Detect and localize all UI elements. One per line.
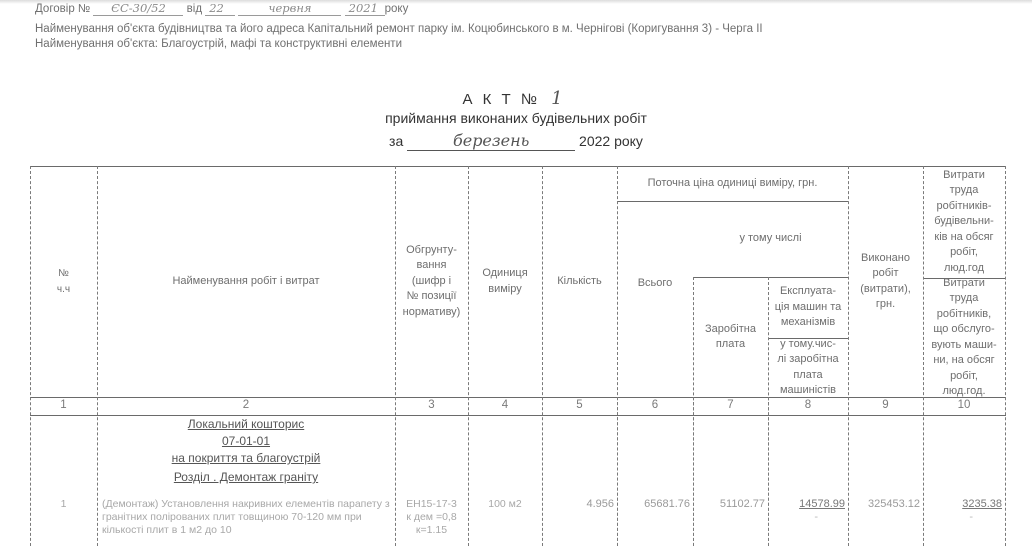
from-label: від: [187, 3, 202, 15]
header-price-group: Поточна ціна одиниці виміру, грн.: [617, 166, 848, 201]
column-number: 10: [923, 397, 1005, 415]
column-number: 5: [542, 397, 617, 415]
header-unit: Одиниця виміру: [468, 166, 542, 397]
column-number: 2: [97, 397, 395, 415]
act-subtitle: приймання виконаних будівельних робіт: [0, 110, 1032, 126]
col-border-10: [1005, 166, 1006, 548]
row-total: 65681.76: [617, 498, 690, 510]
column-number: 7: [693, 397, 768, 415]
header-wage: Заробітна плата: [693, 277, 768, 397]
column-number: 8: [768, 397, 848, 415]
works-table: № ч.ч Найменування робіт і витрат Обгрун…: [30, 166, 1006, 548]
row-code: ЕН15-17-3 к дем =0,8 к=1.15: [395, 498, 468, 537]
row-number: 1: [30, 498, 97, 511]
section-heading: Локальний кошторис 07-01-01 на покриття …: [97, 416, 395, 486]
header-justification: Обгрунту- вання (шифр і № позиції нормат…: [395, 166, 468, 397]
section-estimate-title: Локальний кошторис: [188, 417, 304, 431]
year-suffix: року: [385, 3, 409, 15]
section-estimate-name: на покриття та благоустрій: [172, 451, 321, 465]
row-machines: 14578.99: [768, 498, 845, 510]
col-border-6b: [693, 397, 694, 548]
header-machines-wage: у тому.чис- лі заробітна плата машиністі…: [768, 338, 848, 397]
section-division: Розділ . Демонтаж граніту: [174, 470, 318, 484]
act-title: А К Т № 1: [0, 88, 1032, 109]
header-total: Всього: [617, 201, 693, 367]
row-work-name: (Демонтаж) Установлення накривних елемен…: [102, 498, 390, 537]
object-line: Найменування об'єкта будівництва та його…: [35, 23, 763, 35]
col-border-5b: [617, 397, 618, 548]
contract-label: Договір №: [35, 3, 90, 15]
header-work-name: Найменування робіт і витрат: [97, 166, 395, 397]
header-machines: Експлуата- ція машин та механізмів: [768, 277, 848, 338]
column-number: 4: [468, 397, 542, 415]
contract-number: ЄС-30/52: [93, 1, 183, 16]
act-number: 1: [547, 88, 569, 109]
column-number: 6: [617, 397, 693, 415]
period-month: березень: [407, 131, 575, 151]
period-suffix: 2022 року: [579, 133, 643, 149]
row-labor: 3235.38: [923, 498, 1002, 510]
header-labor: Витрати труда робітників- будівельни- кі…: [923, 166, 1005, 278]
contract-line: Договір № ЄС-30/52 від 22 червня 2021рок…: [35, 1, 408, 16]
header-row-number: № ч.ч: [30, 166, 97, 397]
row-labor-machines: -: [923, 511, 973, 523]
column-number: 9: [848, 397, 923, 415]
row-unit: 100 м2: [468, 498, 542, 511]
row-quantity: 4.956: [542, 498, 614, 510]
period-prefix: за: [389, 133, 403, 149]
column-number: 3: [395, 397, 468, 415]
column-number: 1: [30, 397, 97, 415]
act-title-label: А К Т №: [462, 91, 540, 108]
contract-day: 22: [205, 1, 235, 16]
header-incl-group: у тому числі: [693, 201, 848, 277]
subobject-line: Найменування об'єкта: Благоустрій, мафі …: [35, 38, 402, 50]
row-done: 325453.12: [848, 498, 920, 510]
row-machines-wage: -: [768, 511, 818, 523]
contract-year: 2021: [345, 1, 385, 16]
col-border-7b: [768, 397, 769, 548]
header-labor-machines: Витрати труда робітників, що обслуго- ву…: [923, 278, 1005, 397]
header-quantity: Кількість: [542, 166, 617, 397]
section-estimate-code: 07-01-01: [222, 434, 270, 448]
header-done: Виконано робіт (витрати), грн.: [848, 166, 923, 397]
contract-month: червня: [238, 1, 341, 16]
row-wage: 51102.77: [693, 498, 765, 510]
act-period: за березень 2022 року: [0, 131, 1032, 151]
